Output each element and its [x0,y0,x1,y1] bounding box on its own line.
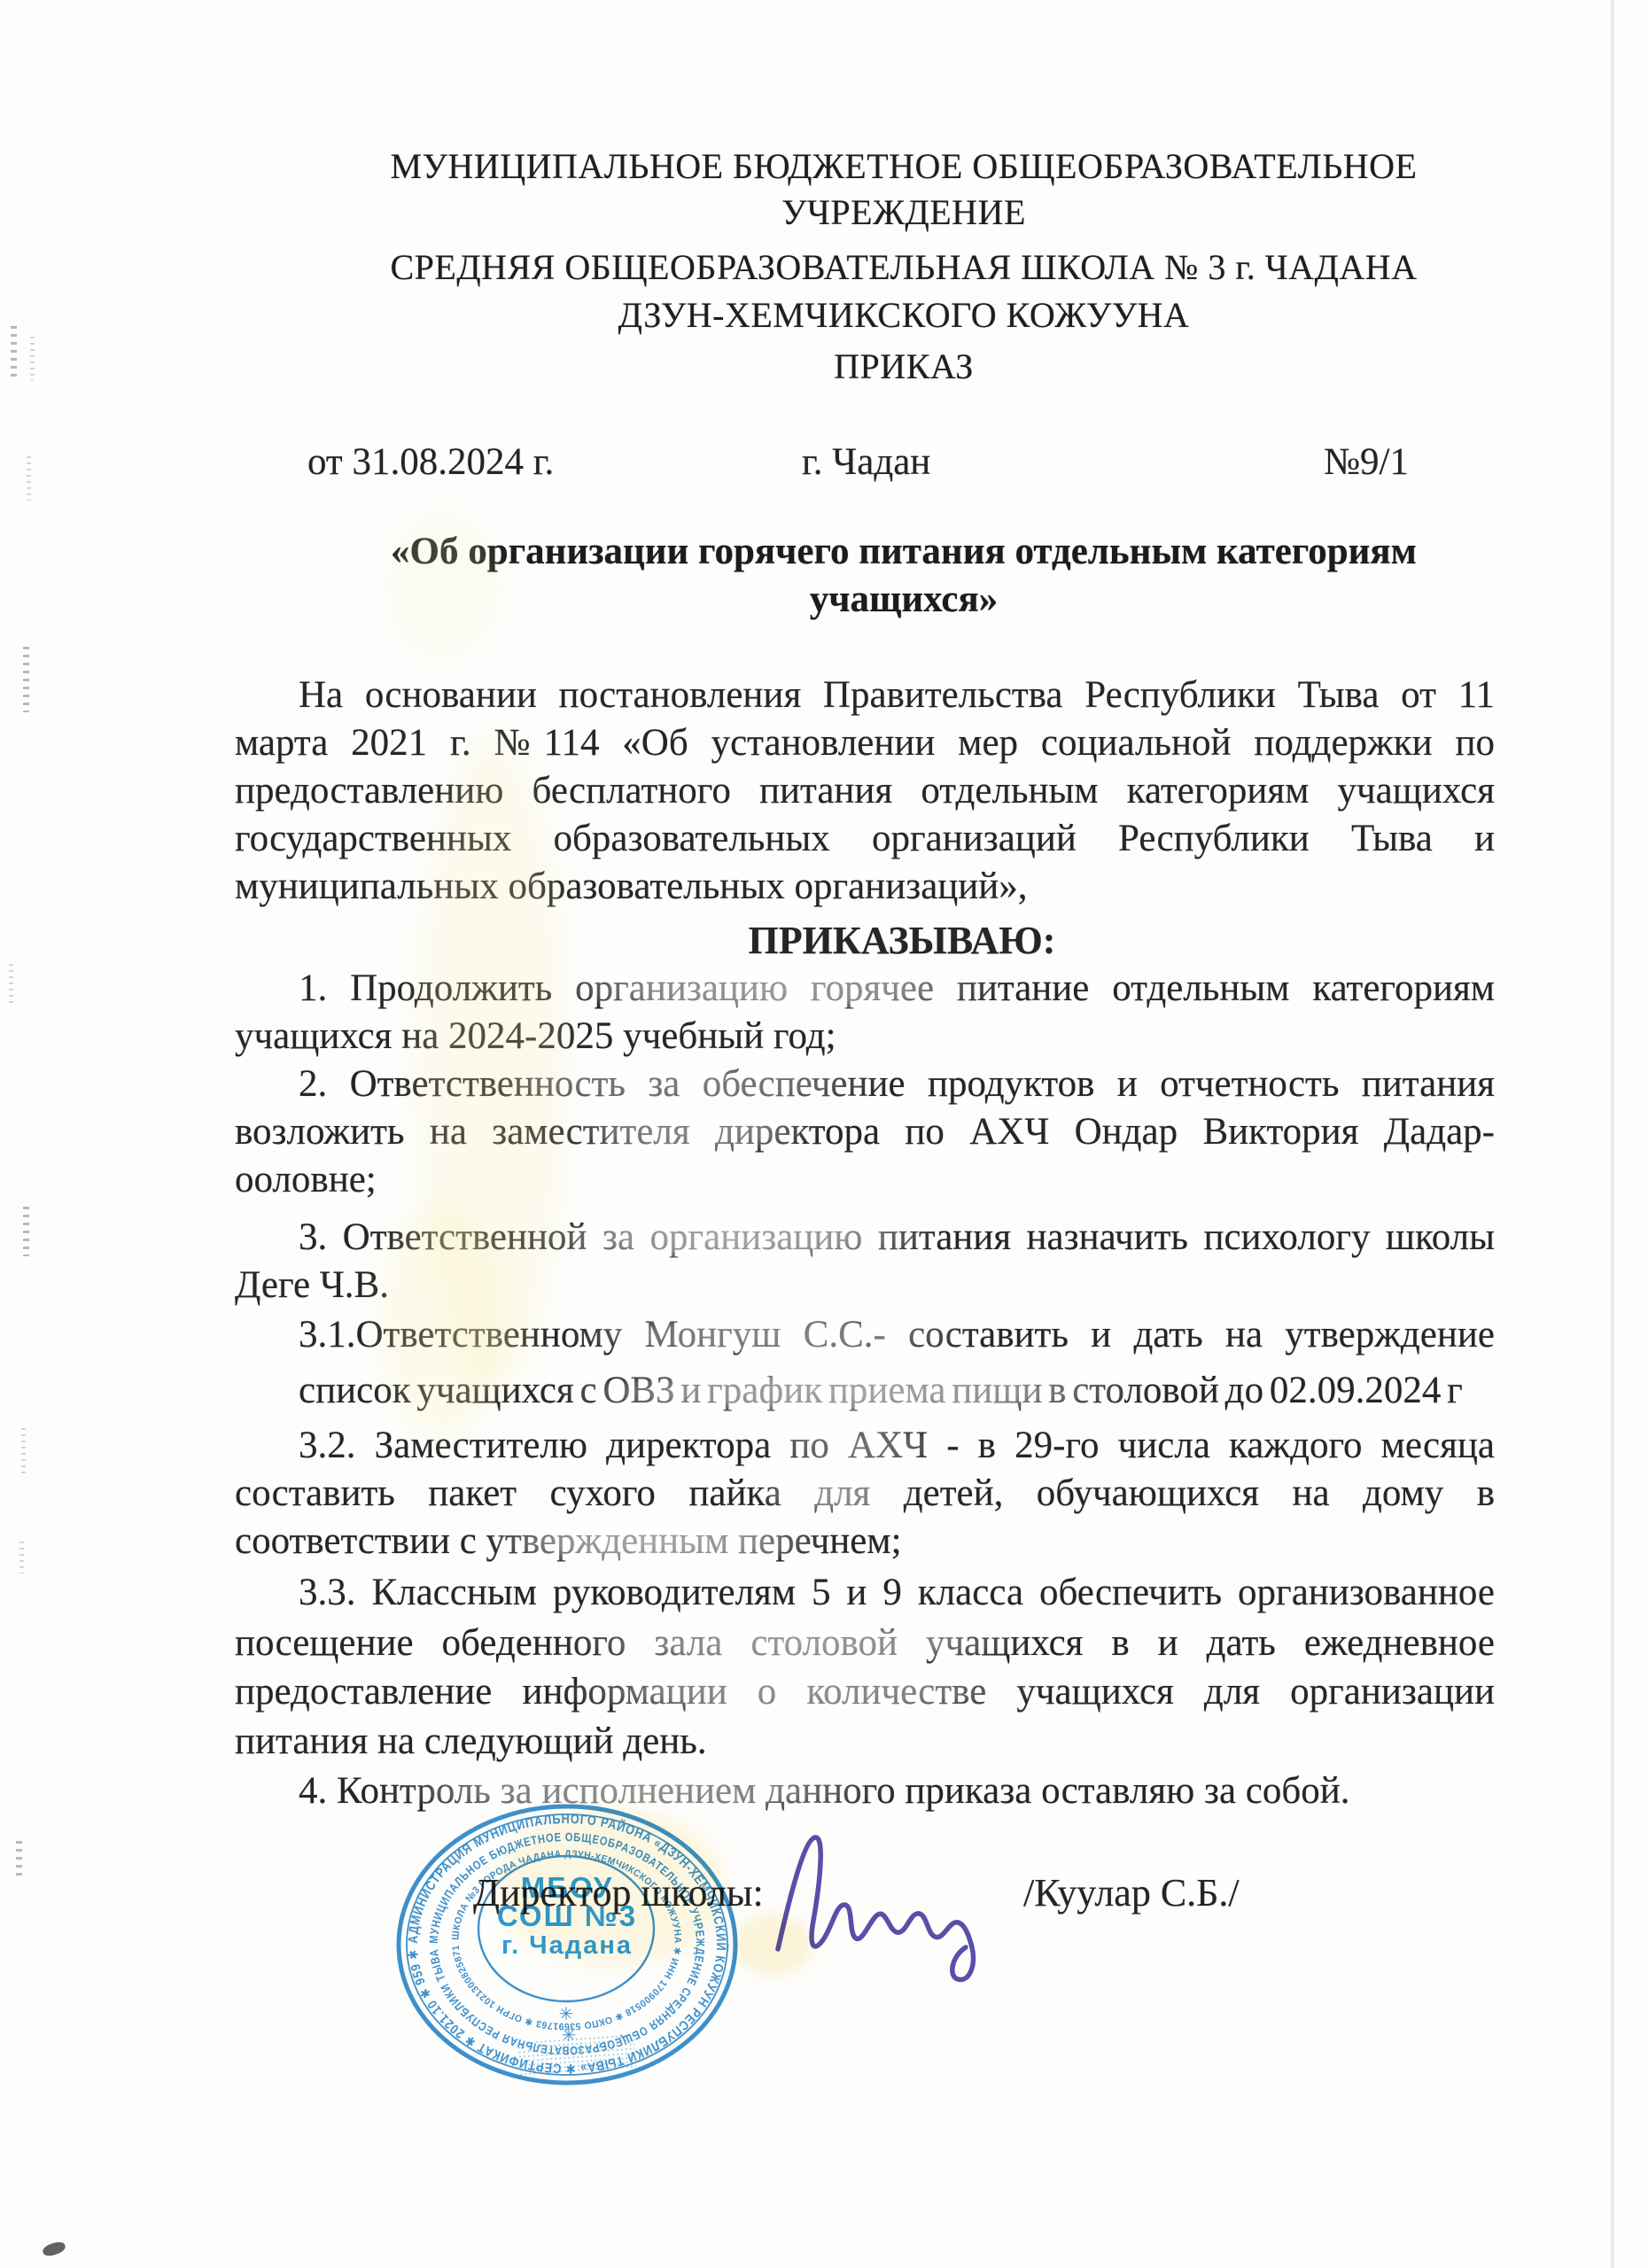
scan-artifact [27,456,31,501]
letterhead-line-3: СРЕДНЯЯ ОБЩЕОБРАЗОВАТЕЛЬНАЯ ШКОЛА № 3 г.… [159,245,1648,291]
scanned-document-page: МУНИЦИПАЛЬНОЕ БЮДЖЕТНОЕ ОБЩЕОБРАЗОВАТЕЛЬ… [0,0,1648,2268]
body-line: ооловне; [235,1156,1495,1204]
letterhead-line-1: МУНИЦИПАЛЬНОЕ БЮДЖЕТНОЕ ОБЩЕОБРАЗОВАТЕЛЬ… [159,144,1648,190]
order-place: г. Чадан [802,440,930,484]
order-number: №9/1 [1324,440,1409,484]
body-line-item-1: 1. Продолжить организацию горячее питани… [235,965,1495,1013]
body-line: предоставлению бесплатного питания отдел… [235,767,1495,815]
body-line-item-2: 2. Ответственность за обеспечение продук… [235,1060,1495,1108]
order-title-line-1: «Об организации горячего питания отдельн… [159,528,1648,576]
body-line: Деге Ч.В. [235,1262,1495,1309]
scan-artifact [11,326,17,381]
body-line: учащихся на 2024-2025 учебный год; [235,1013,1495,1060]
document-type-heading: ПРИКАЗ [159,344,1648,390]
scan-artifact [30,337,35,381]
stamp-star-icon: ✳ [559,2005,576,2024]
body-line: предоставление информации о количестве у… [235,1668,1495,1716]
order-date: от 31.08.2024 г. [307,440,554,484]
scan-artifact [9,964,13,1005]
scan-speck [42,2240,67,2257]
director-signature [753,1816,1046,1993]
body-line: посещение обеденного зала столовой учащи… [235,1619,1495,1667]
body-line: возложить на заместителя директора по АХ… [235,1108,1495,1156]
body-line-item-3: 3. Ответственной за организацию питания … [235,1214,1495,1262]
order-title-line-2: учащихся» [159,576,1648,624]
body-line: марта 2021 г. №114 «Об установлении мер … [235,719,1495,767]
scan-artifact [23,647,29,712]
stamp-center-city: г. Чадана [501,1931,633,1960]
scan-edge-shadow [1611,0,1614,2268]
school-stamp: АДМИНИСТРАЦИЯ МУНИЦИПАЛЬНОГО РАЙОНА «ДЗУ… [381,1790,753,2109]
body-line: На основании постановления Правительства… [235,672,1495,719]
body-line: муниципальных образовательных организаци… [235,863,1495,911]
body-line: соответствии с утвержденным перечнем; [235,1518,1495,1565]
body-line-item-3-1: 3.1.Ответственному Монгуш С.С.- составит… [235,1311,1495,1359]
body-line-item-3-2: 3.2. Заместителю директора по АХЧ - в 29… [235,1422,1495,1470]
body-line: составить пакет сухого пайка для детей, … [235,1470,1495,1518]
order-body: На основании постановления Правительства… [235,672,1495,1815]
body-line-item-3-3: 3.3. Классным руководителям 5 и 9 класса… [235,1569,1495,1617]
director-name: /Куулар С.Б./ [1023,1870,1240,1915]
body-line: государственных образовательных организа… [235,815,1495,863]
scan-artifact [23,1207,29,1256]
scan-artifact [19,1542,24,1573]
letterhead-line-2: УЧРЕЖДЕНИЕ [159,190,1648,236]
stamp-center-school: СОШ №3 [497,1899,637,1932]
order-command-word: ПРИКАЗЫВАЮ: [272,917,1532,965]
signature-stroke [778,1837,974,1980]
letterhead-line-4: ДЗУН-ХЕМЧИКСКОГО КОЖУУНА [159,292,1648,338]
scan-artifact [21,1428,26,1474]
scan-artifact [16,1841,22,1880]
body-line: список учащихся с ОВЗ и график приема пи… [235,1367,1495,1415]
stamp-hatch-patch [517,2033,636,2075]
body-line: питания на следующий день. [235,1718,1495,1766]
